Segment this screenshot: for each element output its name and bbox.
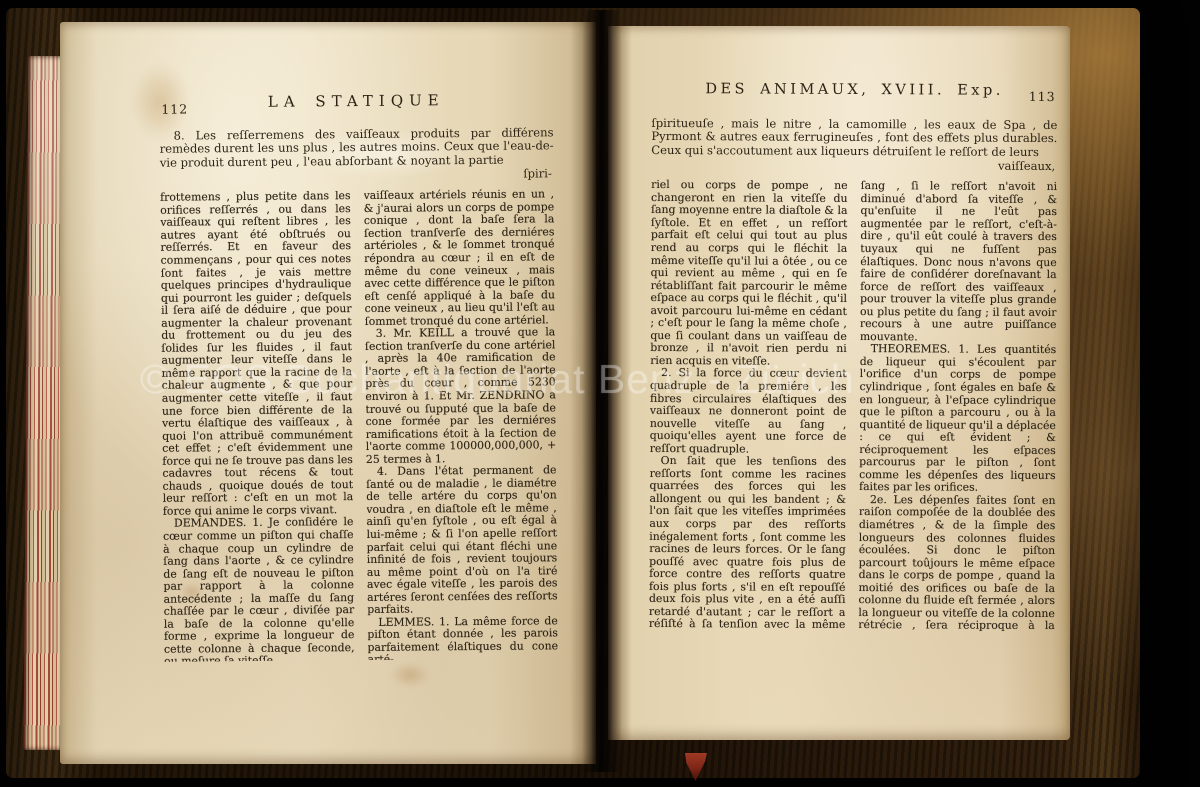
left-page-text: 112 LA STATIQUE 8. Les reſſerremens des … [159, 90, 559, 741]
right-page-header: DES ANIMAUX, XVIII. Exp. 113 [652, 81, 1058, 107]
page-number: 113 [1029, 89, 1056, 104]
paragraph: ſang , ſi le reſſort n'avoit ni diminué … [860, 180, 1057, 344]
paragraph: 3. Mr. KEILL a trouvé que la ſection tra… [365, 327, 557, 467]
intro-paragraph: 8. Les reſſerremens des vaiſſeaux produi… [159, 126, 553, 170]
left-page: 112 LA STATIQUE 8. Les reſſerremens des … [60, 22, 596, 764]
page-number: 112 [161, 101, 188, 116]
right-page-text: DES ANIMAUX, XVIII. Exp. 113 ſpiritueuſe… [648, 81, 1057, 721]
paragraph: 4. Dans l'état permanent de ſanté ou de … [366, 465, 558, 617]
column-1: riel ou corps de pompe , ne changeront e… [649, 179, 848, 632]
running-title: DES ANIMAUX, XVIII. Exp. [652, 81, 1058, 99]
left-page-header: 112 LA STATIQUE [159, 90, 553, 117]
paragraph: LEMMES. 1. La même force de piſton étant… [367, 615, 558, 660]
paragraph: frottemens , plus petite dans les orific… [160, 190, 353, 518]
paragraph: riel ou corps de pompe , ne changeront e… [650, 179, 847, 368]
column-1: frottemens , plus petite dans les orific… [160, 190, 355, 662]
spine-crack [582, 10, 622, 772]
catchword: vaiſſeaux, [651, 157, 1055, 173]
right-page: DES ANIMAUX, XVIII. Exp. 113 ſpiritueuſe… [608, 26, 1070, 740]
paragraph: On ſait que les tenſions des reſſorts ſo… [649, 455, 846, 632]
paragraph: 2e. Les dépenſes faites ſont en raiſon c… [858, 494, 1055, 633]
paragraph: vaiſſeaux artériels réunis en un , & j'a… [364, 189, 556, 329]
column-2: ſang , ſi le reſſort n'avoit ni diminué … [858, 180, 1057, 633]
two-column-text: frottemens , plus petite dans les orific… [160, 189, 558, 662]
book-photograph: 112 LA STATIQUE 8. Les reſſerremens des … [0, 0, 1200, 787]
running-title: LA STATIQUE [159, 90, 553, 111]
intro-paragraph: ſpiritueuſe , mais le nitre , la camomil… [651, 117, 1057, 159]
column-2: vaiſſeaux artériels réunis en un , & j'a… [364, 189, 559, 661]
paragraph: THEOREMES. 1. Les quantités de liqueur q… [859, 343, 1056, 495]
paragraph: DEMANDES. 1. Je conſidére le cœur comme … [163, 516, 355, 661]
paragraph: 2. Si la force du cœur devient quadruple… [650, 367, 847, 456]
two-column-text: riel ou corps de pompe , ne changeront e… [649, 179, 1057, 633]
